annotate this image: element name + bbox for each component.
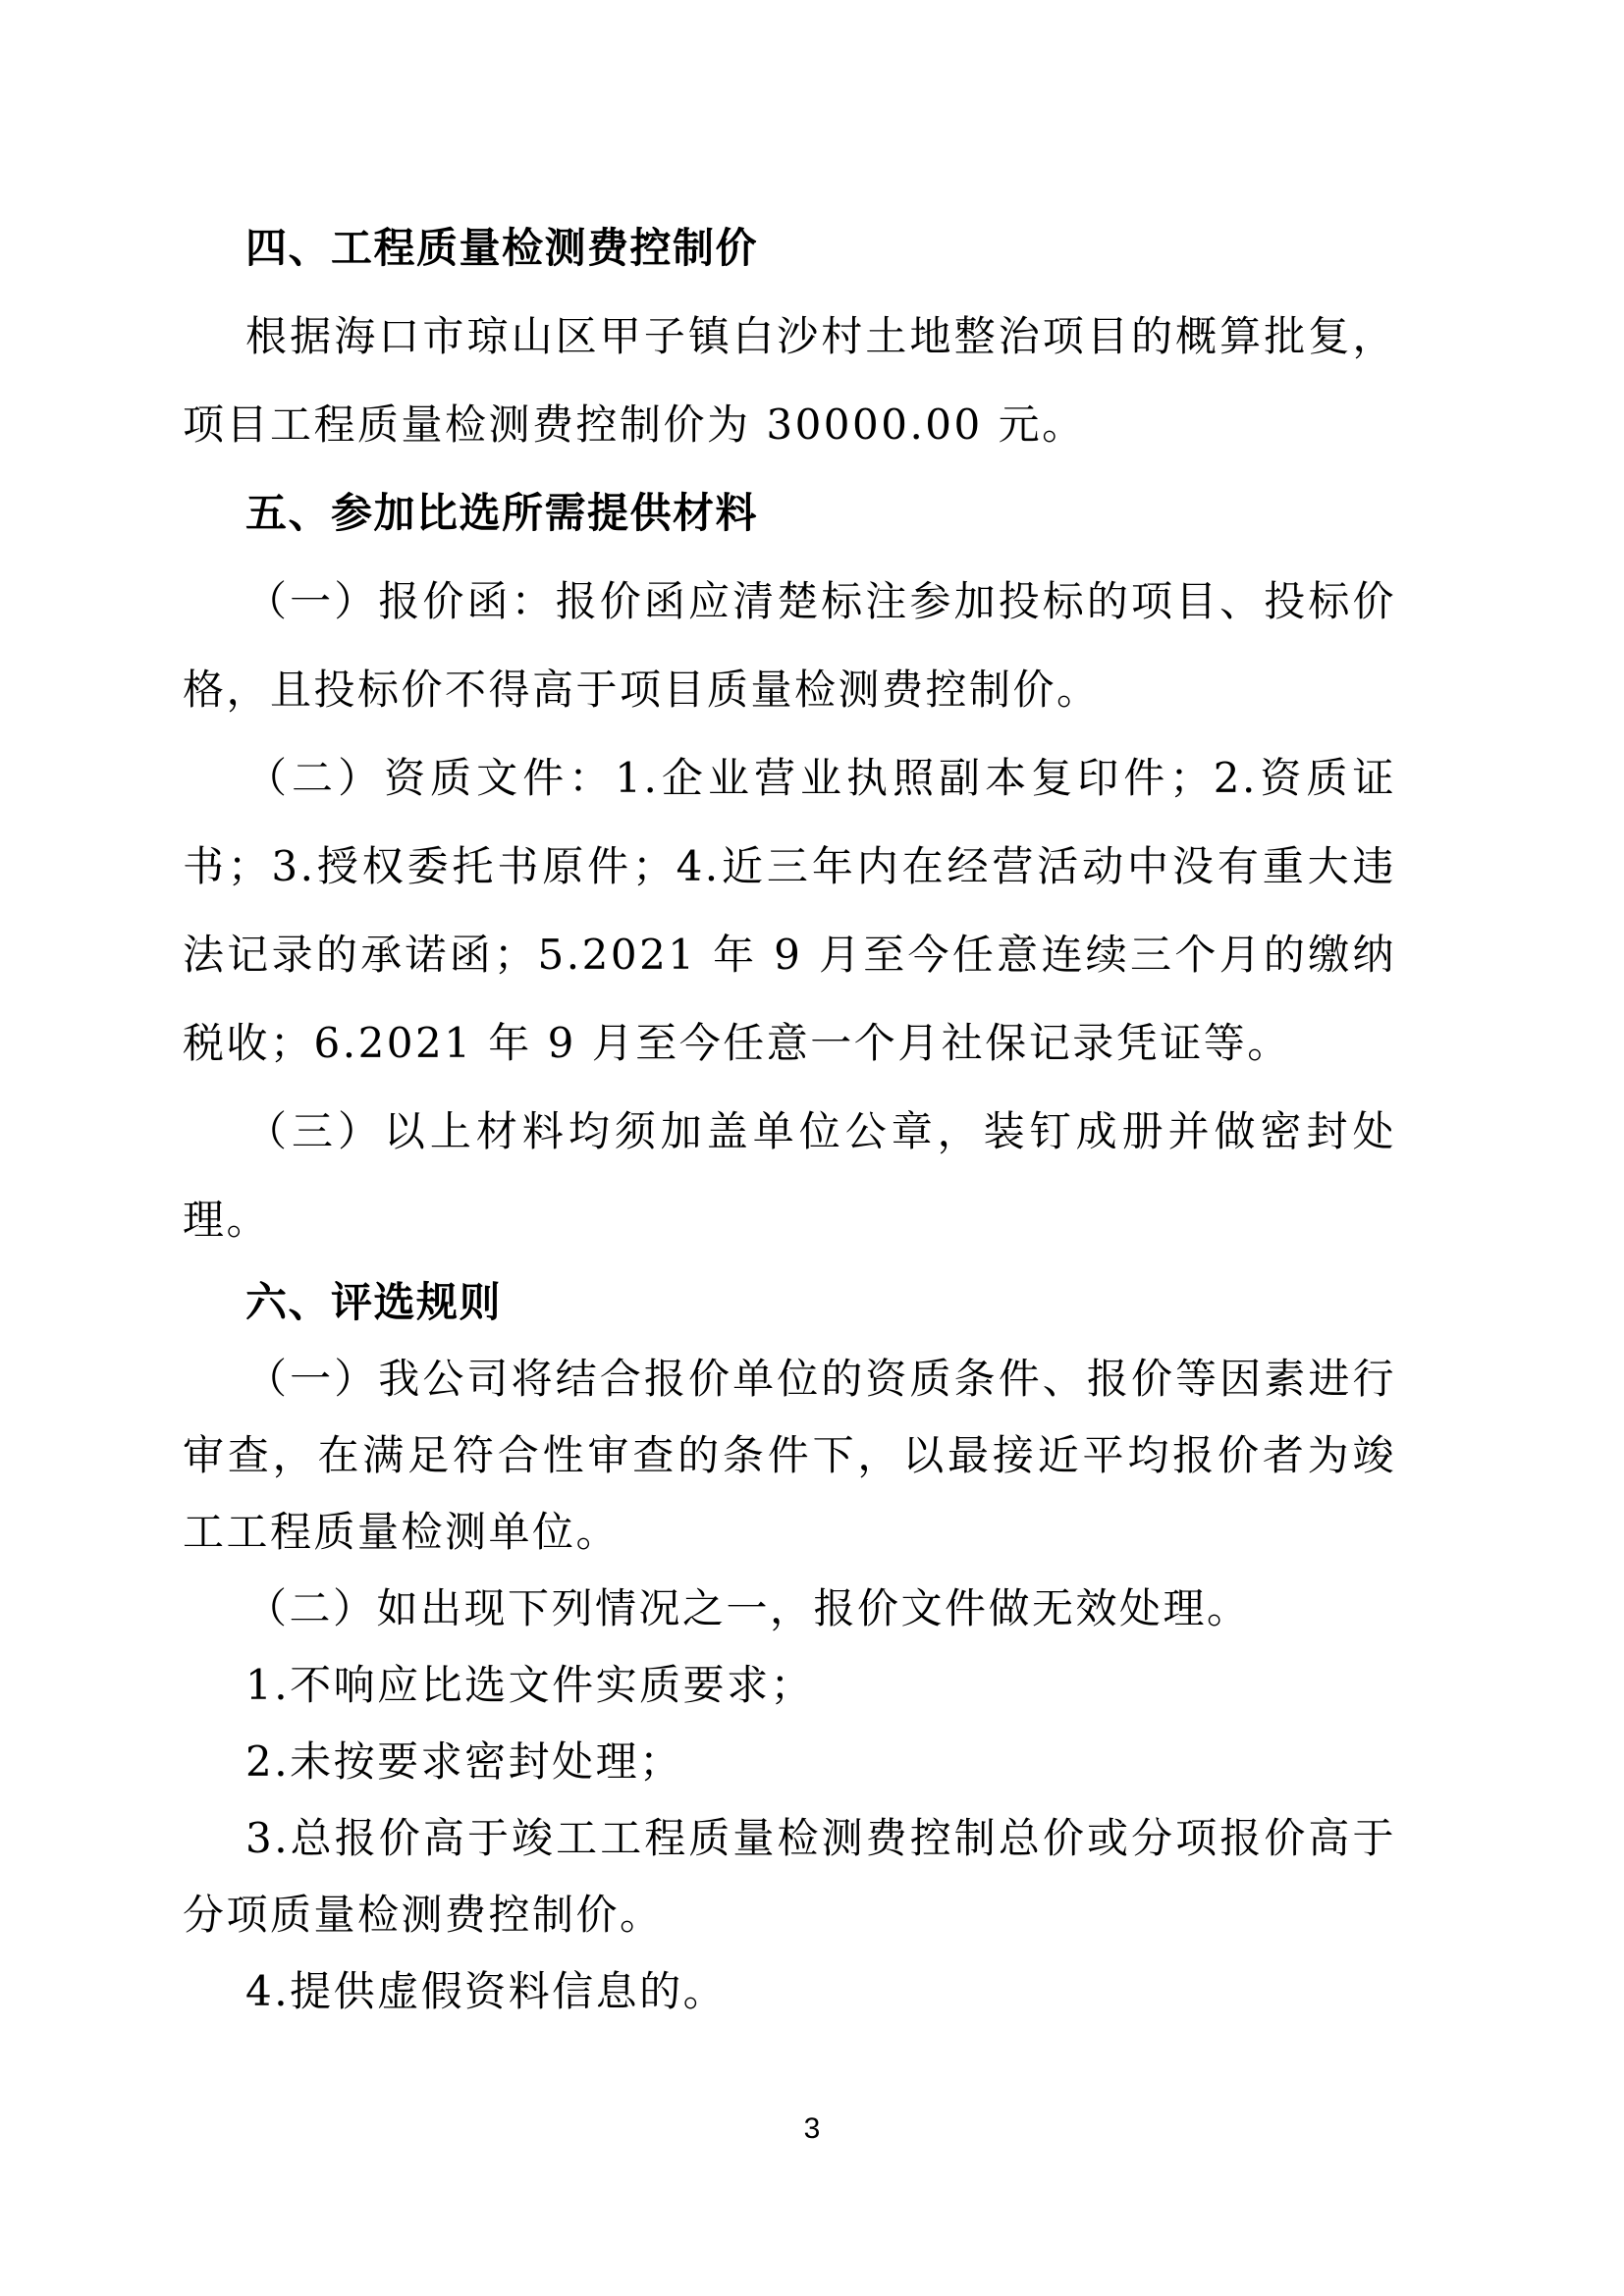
paragraph-sealing-requirement: （三）以上材料均须加盖单位公章，装钉成册并做密封处理。 <box>183 1088 1396 1264</box>
page-content: 四、工程质量检测费控制价 根据海口市琼山区甲子镇白沙村土地整治项目的概算批复，项… <box>0 0 1624 2030</box>
section-heading-4: 四、工程质量检测费控制价 <box>183 204 1396 293</box>
list-item-3: 3.总报价高于竣工工程质量检测费控制总价或分项报价高于分项质量检测费控制价。 <box>183 1800 1396 1953</box>
document-page: 四、工程质量检测费控制价 根据海口市琼山区甲子镇白沙村土地整治项目的概算批复，项… <box>0 0 1624 2296</box>
paragraph-quotation-letter: （一）报价函：报价函应清楚标注参加投标的项目、投标价格，且投标价不得高于项目质量… <box>183 558 1396 734</box>
section-heading-5: 五、参加比选所需提供材料 <box>183 469 1396 558</box>
list-item-1: 1.不响应比选文件实质要求； <box>183 1647 1396 1724</box>
paragraph-control-price: 根据海口市琼山区甲子镇白沙村土地整治项目的概算批复，项目工程质量检测费控制价为 … <box>183 293 1396 469</box>
paragraph-qualification-files: （二）资质文件：1.企业营业执照副本复印件；2.资质证书；3.授权委托书原件；4… <box>183 734 1396 1088</box>
page-number: 3 <box>0 2112 1624 2146</box>
paragraph-review-rule: （一）我公司将结合报价单位的资质条件、报价等因素进行审查，在满足符合性审查的条件… <box>183 1341 1396 1571</box>
list-item-4: 4.提供虚假资料信息的。 <box>183 1953 1396 2030</box>
section-heading-6: 六、评选规则 <box>183 1264 1396 1341</box>
paragraph-invalid-cases-intro: （二）如出现下列情况之一，报价文件做无效处理。 <box>183 1571 1396 1647</box>
list-item-2: 2.未按要求密封处理； <box>183 1724 1396 1800</box>
